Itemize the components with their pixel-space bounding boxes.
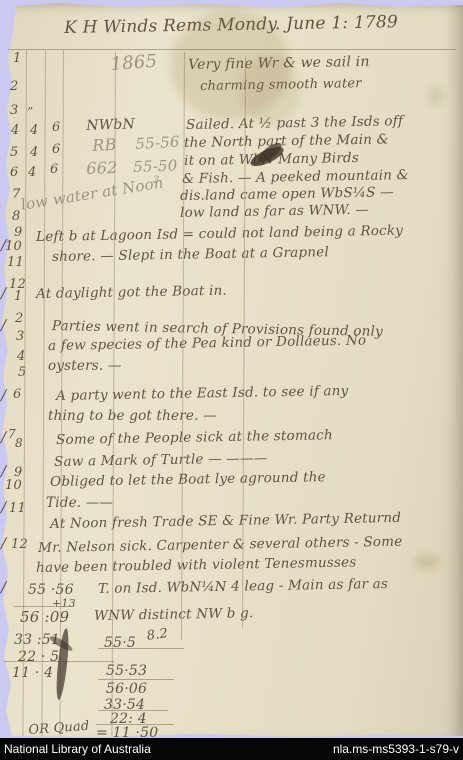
handwritten-line: Tide. ——	[46, 497, 113, 511]
handwritten-line: 8.2	[146, 627, 169, 643]
handwritten-line: shore. — Slept in the Boat at a Grapnel	[52, 246, 329, 264]
handwritten-line: Obliged to let the Boat lye aground the	[50, 471, 326, 489]
handwritten-line: 4	[30, 146, 38, 159]
horizontal-rule-line	[98, 710, 168, 711]
handwritten-line: WNW distinct NW b g.	[94, 607, 254, 623]
handwritten-line: ∕	[1, 430, 6, 445]
horizontal-rule-line	[96, 724, 174, 725]
handwritten-line: the North part of the Main &	[184, 133, 389, 150]
handwritten-line: 4	[28, 166, 36, 179]
handwritten-line: ∕	[1, 318, 6, 333]
handwritten-line: 10	[5, 240, 22, 253]
handwritten-line: have been troubled with violent Tenesmus…	[36, 556, 357, 575]
handwritten-line: oysters. —	[48, 360, 122, 374]
handwritten-line: 1	[13, 52, 21, 65]
scan-viewer: K H Winds Rems Mondy. June 1: 17891865Ve…	[0, 0, 463, 760]
handwritten-line: 662	[86, 160, 118, 177]
handwritten-line: 4	[30, 124, 38, 137]
handwritten-line: 2	[15, 312, 23, 325]
handwritten-line: Mr. Nelson sick. Carpenter & several oth…	[38, 536, 402, 556]
handwritten-line: 55 ·56	[28, 583, 74, 597]
ink-blot	[414, 554, 440, 570]
handwritten-line: 55-50	[133, 158, 178, 175]
handwritten-line: low land as far as WNW. —	[180, 204, 369, 221]
handwritten-line: ∕	[1, 536, 6, 551]
handwritten-line: 2	[10, 80, 18, 93]
handwritten-line: ∕	[1, 580, 6, 595]
handwritten-line: low water at Noon	[20, 175, 165, 212]
handwritten-line: 8	[15, 437, 23, 449]
handwritten-line: 6	[52, 121, 60, 134]
item-id: nla.ms-ms5393-1-s79-v	[333, 742, 459, 756]
handwritten-line: 4	[11, 124, 19, 137]
handwritten-line: At Noon fresh Trade SE & Fine Wr. Party …	[50, 512, 401, 532]
horizontal-rule-line	[98, 648, 184, 649]
handwritten-line: ∕	[1, 500, 6, 515]
ink-layer: K H Winds Rems Mondy. June 1: 17891865Ve…	[0, 0, 463, 738]
handwritten-line: RB	[92, 137, 117, 154]
handwritten-line: 3	[16, 330, 24, 343]
handwritten-line: NWbN	[86, 117, 135, 133]
handwritten-line: 1	[14, 290, 22, 303]
handwritten-line: 6	[50, 163, 58, 176]
handwritten-line: ∕	[1, 286, 6, 301]
handwritten-line: 3	[10, 104, 18, 117]
handwritten-line: 6	[52, 143, 60, 156]
handwritten-line: Some of the People sick at the stomach	[56, 429, 333, 447]
handwritten-line: ∕	[1, 464, 6, 479]
handwritten-line: 11	[7, 256, 24, 269]
horizontal-rule-line	[98, 679, 174, 680]
handwritten-line: 10	[5, 479, 22, 492]
library-name: National Library of Australia	[4, 742, 151, 756]
handwritten-line: ∕	[1, 388, 6, 403]
handwritten-line: 55-56	[135, 135, 180, 152]
ink-blot	[240, 55, 300, 125]
handwritten-line: 9	[14, 226, 22, 239]
handwritten-line: At daylight got the Boat in.	[36, 285, 227, 302]
handwritten-line: 8	[12, 210, 20, 223]
ink-blot	[428, 86, 442, 106]
handwritten-line: ”	[27, 106, 33, 118]
handwritten-line: 1865	[110, 53, 158, 74]
handwritten-line: a few species of the Pea kind or Dollaeu…	[48, 334, 366, 353]
footer-bar: National Library of Australia nla.ms-ms5…	[0, 738, 463, 760]
handwritten-line: 11 · 4	[12, 666, 53, 680]
handwritten-line: 56 :09	[20, 610, 69, 625]
handwritten-line: thing to be got there. —	[48, 410, 217, 424]
handwritten-line: ∕	[1, 238, 6, 253]
handwritten-line: 6	[10, 166, 18, 179]
horizontal-rule-line	[14, 606, 74, 607]
handwritten-line: Saw a Mark of Turtle — ———	[54, 452, 268, 469]
handwritten-line: 12	[11, 538, 28, 551]
handwritten-line: A party went to the East Isd. to see if …	[56, 385, 349, 404]
handwritten-line: 5	[10, 146, 18, 159]
handwritten-line: Left b at Lagoon Isd = could not land be…	[36, 225, 403, 245]
handwritten-line: 6	[13, 388, 21, 401]
